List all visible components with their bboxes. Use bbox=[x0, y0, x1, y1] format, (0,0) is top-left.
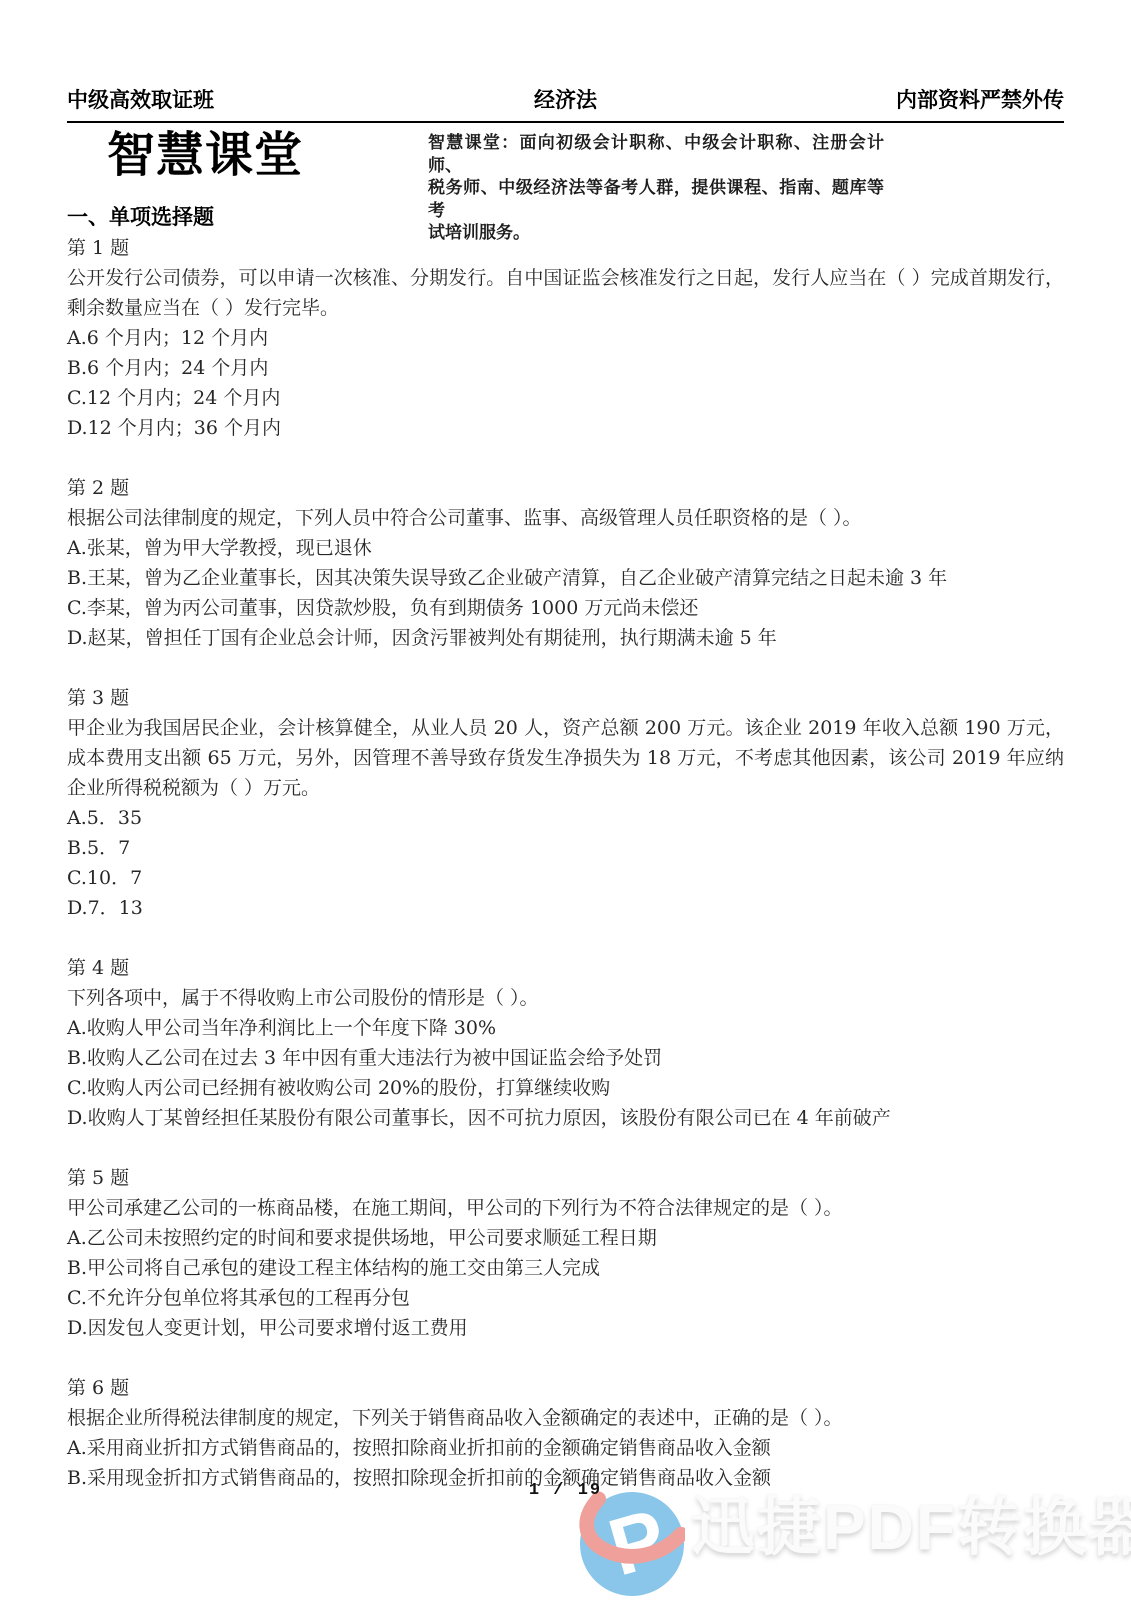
question-6-number: 第 6 题 bbox=[67, 1373, 1064, 1403]
question-5-stem: 甲公司承建乙公司的一栋商品楼，在施工期间，甲公司的下列行为不符合法律规定的是（ … bbox=[67, 1193, 1064, 1223]
question-5-number: 第 5 题 bbox=[67, 1163, 1064, 1193]
question-2-option-a: A.张某，曾为甲大学教授，现已退休 bbox=[67, 533, 1064, 563]
header-course-label: 中级高效取证班 bbox=[67, 84, 399, 114]
question-2-option-d: D.赵某，曾担任丁国有企业总会计师，因贪污罪被判处有期徒刑，执行期满未逾 5 年 bbox=[67, 623, 1064, 653]
question-2-stem: 根据公司法律制度的规定，下列人员中符合公司董事、监事、高级管理人员任职资格的是（… bbox=[67, 503, 1064, 533]
question-4-option-a: A.收购人甲公司当年净利润比上一个年度下降 30% bbox=[67, 1013, 1064, 1043]
question-3-option-c: C.10．7 bbox=[67, 863, 1064, 893]
question-4: 第 4 题 下列各项中，属于不得收购上市公司股份的情形是（ ）。 A.收购人甲公… bbox=[67, 953, 1064, 1133]
question-4-stem: 下列各项中，属于不得收购上市公司股份的情形是（ ）。 bbox=[67, 983, 1064, 1013]
question-2-number: 第 2 题 bbox=[67, 473, 1064, 503]
question-3-option-a: A.5．35 bbox=[67, 803, 1064, 833]
question-2-option-b: B.王某，曾为乙企业董事长，因其决策失误导致乙企业破产清算，自乙企业破产清算完结… bbox=[67, 563, 1064, 593]
question-1-option-c: C.12 个月内；24 个月内 bbox=[67, 383, 1064, 413]
question-4-number: 第 4 题 bbox=[67, 953, 1064, 983]
question-3: 第 3 题 甲企业为我国居民企业，会计核算健全，从业人员 20 人，资产总额 2… bbox=[67, 683, 1064, 923]
question-5: 第 5 题 甲公司承建乙公司的一栋商品楼，在施工期间，甲公司的下列行为不符合法律… bbox=[67, 1163, 1064, 1343]
pdf-page: 中级高效取证班 经济法 内部资料严禁外传 智慧课堂 智慧课堂：面向初级会计职称、… bbox=[0, 0, 1131, 1600]
header-confidential-label: 内部资料严禁外传 bbox=[732, 84, 1064, 114]
brand-logo-text: 智慧课堂 bbox=[107, 128, 303, 182]
question-1-number: 第 1 题 bbox=[67, 233, 1064, 263]
question-4-option-d: D.收购人丁某曾经担任某股份有限公司董事长，因不可抗力原因，该股份有限公司已在 … bbox=[67, 1103, 1064, 1133]
question-3-option-b: B.5．7 bbox=[67, 833, 1064, 863]
question-2: 第 2 题 根据公司法律制度的规定，下列人员中符合公司董事、监事、高级管理人员任… bbox=[67, 473, 1064, 653]
question-5-option-d: D.因发包人变更计划，甲公司要求增付返工费用 bbox=[67, 1313, 1064, 1343]
question-3-number: 第 3 题 bbox=[67, 683, 1064, 713]
question-1-option-d: D.12 个月内；36 个月内 bbox=[67, 413, 1064, 443]
question-5-option-b: B.甲公司将自己承包的建设工程主体结构的施工交由第三人完成 bbox=[67, 1253, 1064, 1283]
watermark: P 迅捷PDF转换器 bbox=[579, 1491, 1131, 1597]
header-subject-label: 经济法 bbox=[399, 84, 731, 114]
question-1: 第 1 题 公开发行公司债券，可以申请一次核准、分期发行。自中国证监会核准发行之… bbox=[67, 233, 1064, 443]
question-5-option-a: A.乙公司未按照约定的时间和要求提供场地，甲公司要求顺延工程日期 bbox=[67, 1223, 1064, 1253]
question-6: 第 6 题 根据企业所得税法律制度的规定，下列关于销售商品收入金额确定的表述中，… bbox=[67, 1373, 1064, 1493]
question-4-option-b: B.收购人乙公司在过去 3 年中因有重大违法行为被中国证监会给予处罚 bbox=[67, 1043, 1064, 1073]
page-number: 1 / 19 bbox=[0, 1481, 1131, 1500]
question-3-stem: 甲企业为我国居民企业，会计核算健全，从业人员 20 人，资产总额 200 万元。… bbox=[67, 713, 1064, 803]
question-4-option-c: C.收购人丙公司已经拥有被收购公司 20%的股份，打算继续收购 bbox=[67, 1073, 1064, 1103]
question-1-stem: 公开发行公司债券，可以申请一次核准、分期发行。自中国证监会核准发行之日起，发行人… bbox=[67, 263, 1064, 323]
question-1-option-b: B.6 个月内；24 个月内 bbox=[67, 353, 1064, 383]
question-2-option-c: C.李某，曾为丙公司董事，因贷款炒股，负有到期债务 1000 万元尚未偿还 bbox=[67, 593, 1064, 623]
question-list: 一、单项选择题 第 1 题 公开发行公司债券，可以申请一次核准、分期发行。自中国… bbox=[67, 203, 1064, 1493]
watermark-text: 迅捷PDF转换器 bbox=[691, 1491, 1131, 1563]
question-3-option-d: D.7．13 bbox=[67, 893, 1064, 923]
question-1-option-a: A.6 个月内；12 个月内 bbox=[67, 323, 1064, 353]
question-6-option-a: A.采用商业折扣方式销售商品的，按照扣除商业折扣前的金额确定销售商品收入金额 bbox=[67, 1433, 1064, 1463]
question-6-stem: 根据企业所得税法律制度的规定，下列关于销售商品收入金额确定的表述中，正确的是（ … bbox=[67, 1403, 1064, 1433]
doc-header: 中级高效取证班 经济法 内部资料严禁外传 bbox=[67, 84, 1064, 123]
question-5-option-c: C.不允许分包单位将其承包的工程再分包 bbox=[67, 1283, 1064, 1313]
section-title: 一、单项选择题 bbox=[67, 203, 1064, 233]
pdf-converter-logo-icon: P bbox=[579, 1491, 685, 1597]
